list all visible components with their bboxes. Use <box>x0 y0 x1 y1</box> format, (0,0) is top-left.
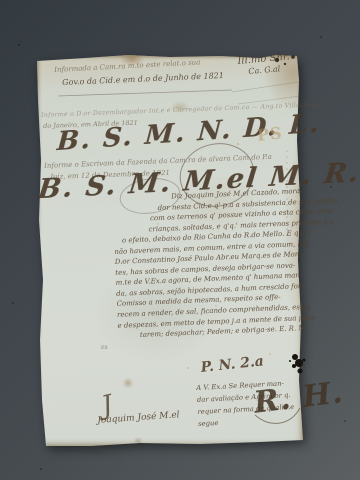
paper-foxing-specks <box>37 55 39 57</box>
margin-mark: es <box>101 344 108 351</box>
photo-of-manuscript: Informada a Cam.ra m.to este relat.o sua… <box>0 0 360 480</box>
petition-body-text: Diz Joaquim José M.el Cazado, mora- dor … <box>112 186 318 342</box>
archive-stamp: PS <box>256 123 283 145</box>
corner-address-note: Ill.mo Snr. Ca. G.al <box>237 51 291 77</box>
